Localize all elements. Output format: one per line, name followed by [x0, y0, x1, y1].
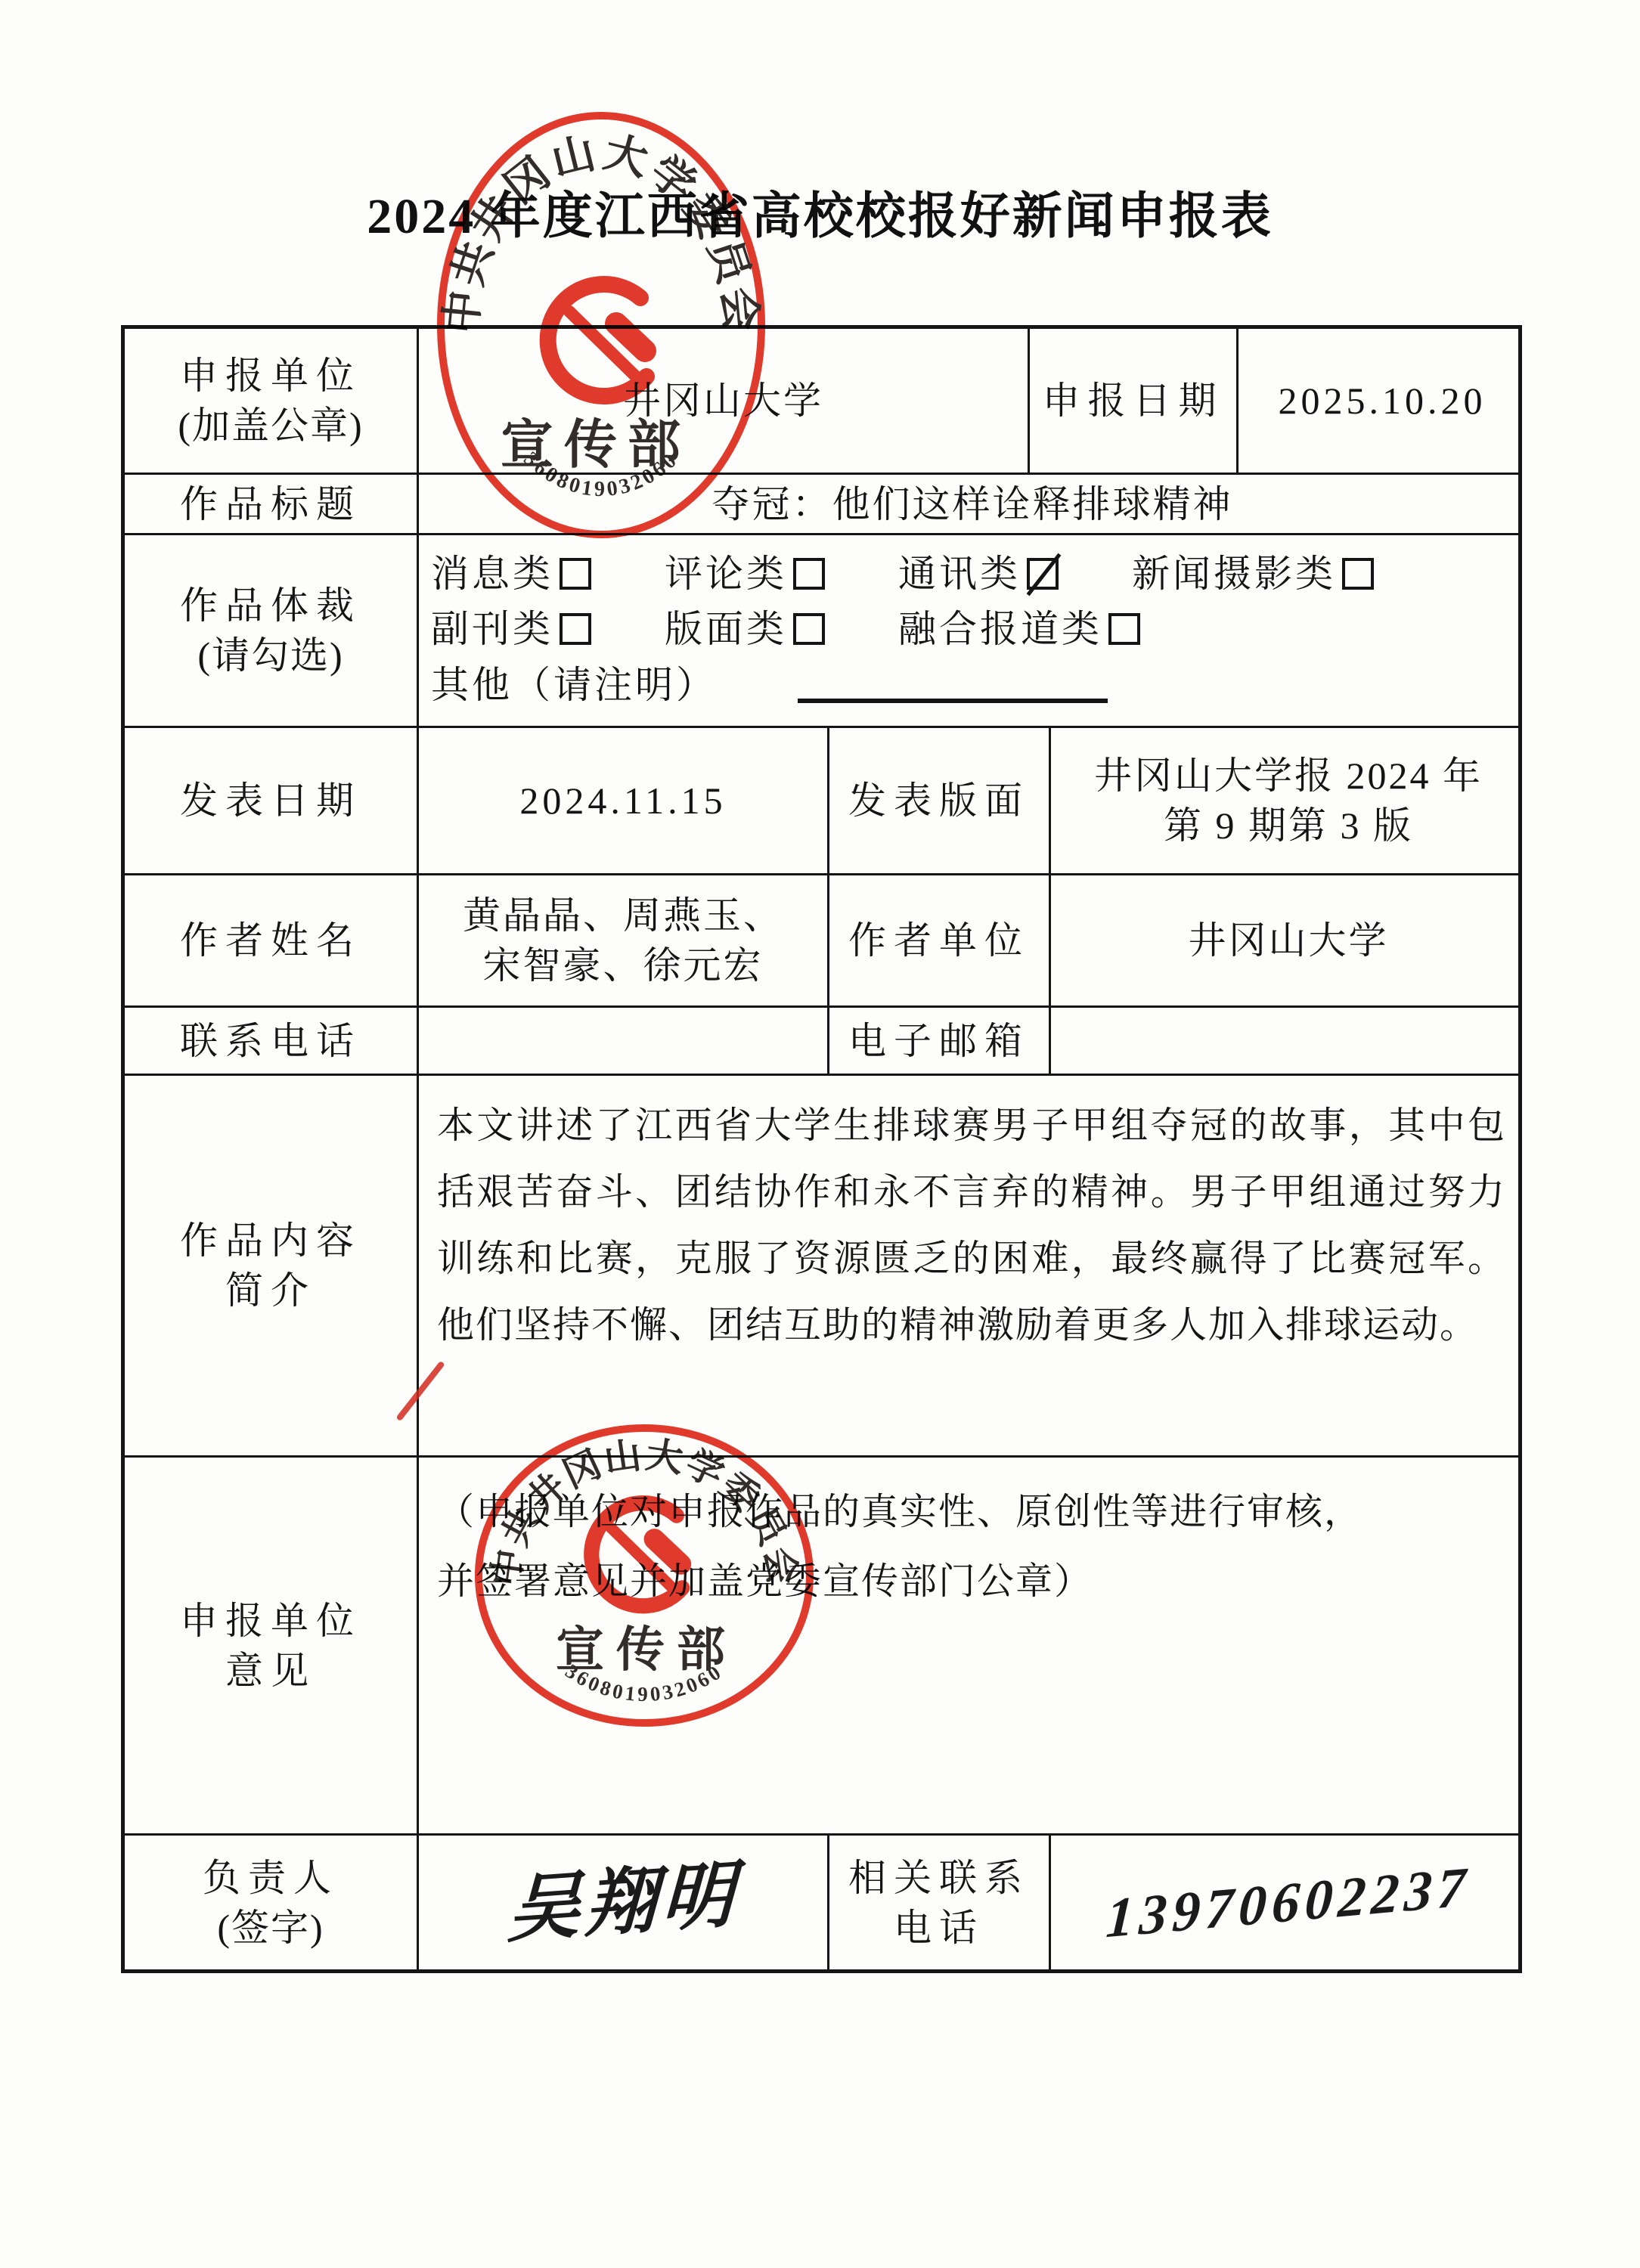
author-unit-label: 作者单位	[827, 875, 1049, 1005]
responsible-person-label-line2: (签字)	[217, 1903, 324, 1953]
genre-option-converged: 融合报道类	[898, 604, 1140, 654]
photography-checkbox[interactable]	[1342, 558, 1374, 590]
page-title: 2024 年度江西省高校校报好新闻申报表	[0, 175, 1640, 247]
contact-phone-label-text: 联系电话	[180, 1016, 361, 1066]
author-names-value: 黄晶晶、周燕玉、 宋智豪、徐元宏	[417, 875, 827, 1005]
author-unit-label-text: 作者单位	[848, 916, 1030, 965]
genre-other-line: 其他（请注明）	[431, 660, 1108, 710]
responsible-person-label: 负责人 (签字)	[125, 1836, 417, 1969]
table-row-work-title: 作品标题 夺冠：他们这样诠释排球精神	[125, 472, 1518, 533]
summary-label: 作品内容 简介	[125, 1076, 417, 1455]
genre-option-label: 副刊类	[431, 604, 553, 654]
declare-date-value: 2025.10.20	[1236, 329, 1526, 472]
genre-option-layout: 版面类	[665, 604, 825, 654]
table-row-summary: 作品内容 简介 本文讲述了江西省大学生排球赛男子甲组夺冠的故事，其中包括艰苦奋斗…	[125, 1074, 1518, 1455]
publish-page-value-line2: 第 9 期第 3 版	[1164, 801, 1413, 850]
declaring-unit-label-line2: (加盖公章)	[178, 401, 363, 451]
work-title-label: 作品标题	[125, 475, 417, 533]
contact-phone-value-cell	[417, 1008, 827, 1074]
contact-phone-label: 联系电话	[125, 1008, 417, 1074]
related-phone-label-line1: 相关联系	[848, 1853, 1030, 1903]
declare-date-value-text: 2025.10.20	[1279, 376, 1487, 426]
handwritten-phone-number: 13970602237	[1105, 1861, 1472, 1944]
summary-paragraph: 本文讲述了江西省大学生排球赛男子甲组夺冠的故事，其中包括艰苦奋斗、团结协作和永不…	[437, 1092, 1506, 1359]
converged-checkbox[interactable]	[1108, 613, 1140, 645]
genre-options-line2: 副刊类 版面类 融合报道类	[431, 604, 1140, 654]
related-phone-value-cell: 13970602237	[1049, 1836, 1526, 1969]
table-row-publish: 发表日期 2024.11.15 发表版面 井冈山大学报 2024 年 第 9 期…	[125, 726, 1518, 873]
genre-options-cell: 消息类 评论类 通讯类 新闻摄影类 副刊类	[417, 535, 1526, 726]
declare-date-label-text: 申报日期	[1043, 376, 1224, 426]
genre-options-line1: 消息类 评论类 通讯类 新闻摄影类	[431, 549, 1374, 599]
table-row-contact: 联系电话 电子邮箱	[125, 1005, 1518, 1074]
unit-opinion-cell: （申报单位对申报作品的真实性、原创性等进行审核， 并签署意见并加盖党委宣传部门公…	[417, 1458, 1526, 1833]
publish-page-label: 发表版面	[827, 728, 1049, 873]
related-phone-label: 相关联系 电话	[827, 1836, 1049, 1969]
summary-value-cell: 本文讲述了江西省大学生排球赛男子甲组夺冠的故事，其中包括艰苦奋斗、团结协作和永不…	[417, 1076, 1526, 1455]
commentary-checkbox[interactable]	[793, 558, 825, 590]
genre-option-label: 通讯类	[898, 549, 1021, 599]
author-name-label-text: 作者姓名	[180, 916, 361, 965]
table-row-genre: 作品体裁 (请勾选) 消息类 评论类 通讯类 新闻摄影类	[125, 533, 1518, 726]
publish-date-value-text: 2024.11.15	[519, 776, 726, 826]
publish-page-value: 井冈山大学报 2024 年 第 9 期第 3 版	[1049, 728, 1526, 873]
author-unit-value-text: 井冈山大学	[1189, 916, 1389, 965]
unit-opinion-label-line2: 意见	[225, 1646, 316, 1696]
publish-page-label-text: 发表版面	[848, 776, 1030, 826]
unit-opinion-note-line2: 并签署意见并加盖党委宣传部门公章）	[437, 1560, 1093, 1602]
genre-other-blank-input[interactable]	[798, 667, 1108, 703]
news-checkbox[interactable]	[560, 558, 591, 590]
handwritten-signature: 吴翔明	[507, 1870, 739, 1936]
declare-date-label: 申报日期	[1028, 329, 1236, 472]
publish-page-value-line1: 井冈山大学报 2024 年	[1094, 751, 1483, 801]
work-title-value: 夺冠：他们这样诠释排球精神	[417, 475, 1526, 533]
work-title-value-text: 夺冠：他们这样诠释排球精神	[712, 479, 1233, 529]
unit-opinion-note-line1: （申报单位对申报作品的真实性、原创性等进行审核，	[437, 1491, 1363, 1532]
genre-option-label: 消息类	[431, 549, 553, 599]
unit-opinion-note: （申报单位对申报作品的真实性、原创性等进行审核， 并签署意见并加盖党委宣传部门公…	[437, 1474, 1506, 1616]
layout-checkbox[interactable]	[793, 613, 825, 645]
email-label-text: 电子邮箱	[848, 1016, 1030, 1066]
work-title-label-text: 作品标题	[180, 479, 361, 529]
author-names-line1: 黄晶晶、周燕玉、	[463, 891, 783, 940]
table-row-signature: 负责人 (签字) 吴翔明 相关联系 电话 13970602237	[125, 1833, 1518, 1969]
table-row-unit-opinion: 申报单位 意见 （申报单位对申报作品的真实性、原创性等进行审核， 并签署意见并加…	[125, 1455, 1518, 1833]
publish-date-label-text: 发表日期	[180, 776, 361, 826]
summary-label-line1: 作品内容	[180, 1216, 361, 1266]
author-name-label: 作者姓名	[125, 875, 417, 1005]
genre-option-label: 融合报道类	[898, 604, 1102, 654]
genre-option-communication: 通讯类	[898, 549, 1059, 599]
email-label: 电子邮箱	[827, 1008, 1049, 1074]
genre-option-supplement: 副刊类	[431, 604, 591, 654]
declaring-unit-label-line1: 申报单位	[180, 351, 361, 401]
unit-opinion-label: 申报单位 意见	[125, 1458, 417, 1833]
communication-checkbox[interactable]	[1027, 558, 1059, 590]
genre-other-label: 其他（请注明）	[431, 660, 717, 710]
genre-option-commentary: 评论类	[665, 549, 825, 599]
publish-date-value: 2024.11.15	[417, 728, 827, 873]
genre-label-line2: (请勾选)	[197, 631, 343, 680]
publish-date-label: 发表日期	[125, 728, 417, 873]
email-value-cell	[1049, 1008, 1526, 1074]
unit-opinion-label-line1: 申报单位	[180, 1596, 361, 1646]
genre-label: 作品体裁 (请勾选)	[125, 535, 417, 726]
genre-label-line1: 作品体裁	[180, 581, 361, 631]
summary-label-line2: 简介	[225, 1266, 316, 1315]
table-row-declaring-unit: 申报单位 (加盖公章) 井冈山大学 申报日期 2025.10.20	[125, 329, 1518, 472]
table-row-authors: 作者姓名 黄晶晶、周燕玉、 宋智豪、徐元宏 作者单位 井冈山大学	[125, 873, 1518, 1005]
application-form-table: 申报单位 (加盖公章) 井冈山大学 申报日期 2025.10.20 作品标题 夺…	[121, 325, 1522, 1973]
related-phone-label-line2: 电话	[894, 1903, 984, 1953]
declaring-unit-value-cell: 井冈山大学	[417, 329, 1028, 472]
responsible-person-label-line1: 负责人	[203, 1853, 339, 1903]
declaring-unit-value: 井冈山大学	[623, 376, 823, 426]
author-unit-value: 井冈山大学	[1049, 875, 1526, 1005]
declaring-unit-label: 申报单位 (加盖公章)	[125, 329, 417, 472]
genre-option-label: 版面类	[665, 604, 787, 654]
signature-cell: 吴翔明	[417, 1836, 827, 1969]
author-names-line2: 宋智豪、徐元宏	[483, 940, 764, 990]
supplement-checkbox[interactable]	[560, 613, 591, 645]
genre-option-photography: 新闻摄影类	[1132, 549, 1374, 599]
genre-option-label: 评论类	[665, 549, 787, 599]
genre-option-label: 新闻摄影类	[1132, 549, 1336, 599]
genre-option-news: 消息类	[431, 549, 591, 599]
